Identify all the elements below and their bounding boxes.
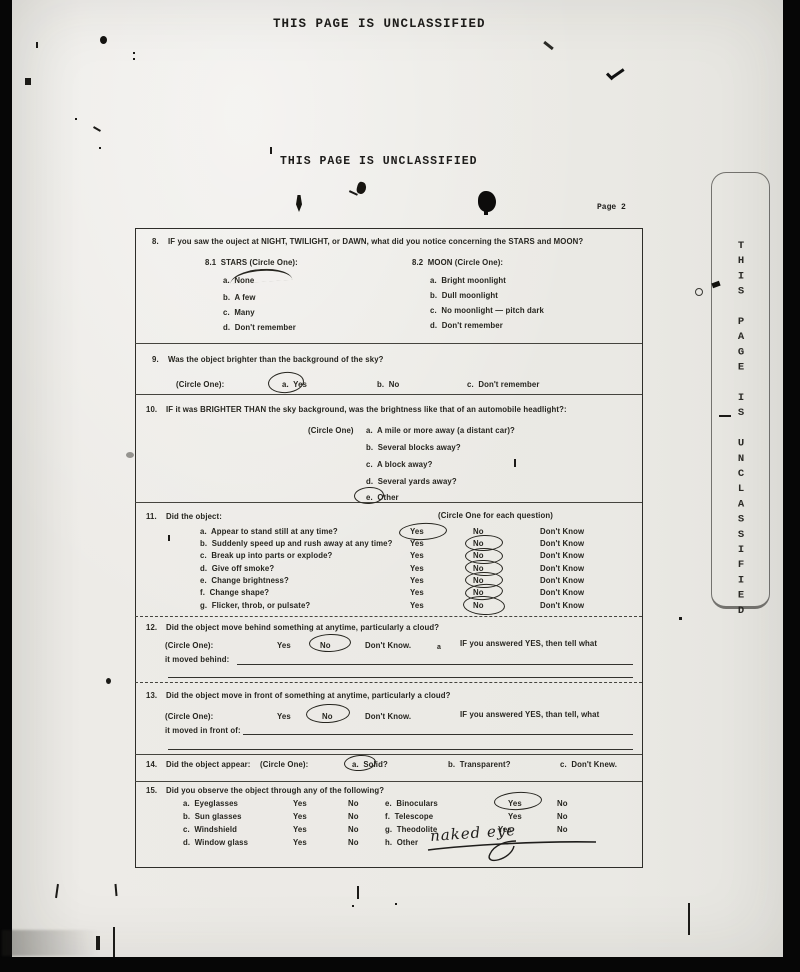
q14-text: Did the object appear: <box>166 760 251 769</box>
q11-text: Did the object: <box>166 512 222 521</box>
noise-speck <box>126 452 134 458</box>
q13-followup-left: it moved in front of: <box>165 726 241 735</box>
noise-speck <box>133 58 135 60</box>
q14-option-c: c. Don't Knew. <box>560 760 617 769</box>
q9-option-c: c. Don't remember <box>467 380 539 389</box>
q11-row-f-label: f. Change shape? <box>200 588 269 597</box>
q13-text: Did the object move in front of somethin… <box>166 691 451 700</box>
q13-option-dk: Don't Know. <box>365 712 411 721</box>
q15-left-b-no: No <box>348 812 359 821</box>
section-divider <box>135 616 642 617</box>
q10-option-b: b. Several blocks away? <box>366 443 461 452</box>
noise-speck <box>352 905 354 907</box>
q9-number: 9. <box>152 355 159 364</box>
scan-edge-right <box>783 0 800 972</box>
q13-circle-label: (Circle One): <box>165 712 213 721</box>
q12-text: Did the object move behind something at … <box>166 623 439 632</box>
q11-row-b-label: b. Suddenly speed up and rush away at an… <box>200 539 393 548</box>
noise-speck <box>719 415 731 417</box>
q11-row-f-dk: Don't Know <box>540 588 584 597</box>
q15-right-e-label: e. Binoculars <box>385 799 438 808</box>
noise-speck <box>113 927 115 957</box>
noise-speck <box>679 617 682 620</box>
noise-speck <box>106 678 111 684</box>
q11-row-c-label: c. Break up into parts or explode? <box>200 551 332 560</box>
q12-followup-right: IF you answered YES, then tell what <box>460 639 597 648</box>
q14-number: 14. <box>146 760 157 769</box>
q10-number: 10. <box>146 405 157 414</box>
q15-left-a-label: a. Eyeglasses <box>183 799 238 808</box>
noise-speck <box>36 42 38 48</box>
q11-row-b-dk: Don't Know <box>540 539 584 548</box>
noise-speck <box>695 288 703 296</box>
q8-number: 8. <box>152 237 159 246</box>
scanned-questionnaire-page: THIS PAGE IS UNCLASSIFIED THIS PAGE IS U… <box>0 0 800 972</box>
q8-moon-option-c: c. No moonlight — pitch dark <box>430 306 544 315</box>
q15-left-d-yes: Yes <box>293 838 307 847</box>
q10-text: IF it was BRIGHTER THAN the sky backgrou… <box>166 405 567 414</box>
q9-option-b: b. No <box>377 380 399 389</box>
q13-option-yes: Yes <box>277 712 291 721</box>
q11-row-e-dk: Don't Know <box>540 576 584 585</box>
q14-option-b: b. Transparent? <box>448 760 511 769</box>
q15-left-a-yes: Yes <box>293 799 307 808</box>
page-number: Page 2 <box>597 203 626 212</box>
questionnaire-box <box>135 228 643 868</box>
q12-option-yes: Yes <box>277 641 291 650</box>
noise-speck <box>357 886 359 899</box>
classification-banner-top: THIS PAGE IS UNCLASSIFIED <box>273 17 486 31</box>
q15-left-b-yes: Yes <box>293 812 307 821</box>
q15-left-d-no: No <box>348 838 359 847</box>
q10-option-d: d. Several yards away? <box>366 477 457 486</box>
answer-blank-line <box>243 734 633 735</box>
scan-edge-left <box>0 0 12 972</box>
classification-banner-mid: THIS PAGE IS UNCLASSIFIED <box>280 155 478 168</box>
q11-row-d-label: d. Give off smoke? <box>200 564 274 573</box>
answer-blank-line <box>168 749 633 750</box>
q12-stray-mark: a <box>437 644 441 651</box>
noise-speck <box>75 118 77 120</box>
q8-moon-option-a: a. Bright moonlight <box>430 276 506 285</box>
q15-number: 15. <box>146 786 157 795</box>
side-tab-classification-text: THIS PAGE IS UNCLASSIFIED <box>735 240 747 620</box>
q13-followup-right: IF you answered YES, than tell, what <box>460 710 599 719</box>
q15-left-c-yes: Yes <box>293 825 307 834</box>
q8-stars-option-b: b. A few <box>223 293 256 302</box>
q11-row-g-dk: Don't Know <box>540 601 584 610</box>
q15-right-e-no: No <box>557 799 568 808</box>
q11-row-a-label: a. Appear to stand still at any time? <box>200 527 338 536</box>
scan-edge-bottom <box>0 957 800 972</box>
q10-option-a: a. A mile or more away (a distant car)? <box>366 426 515 435</box>
q11-number: 11. <box>146 512 157 521</box>
q15-text: Did you observe the object through any o… <box>166 786 384 795</box>
q11-row-e-yes: Yes <box>410 576 424 585</box>
q15-left-b-label: b. Sun glasses <box>183 812 242 821</box>
noise-speck <box>395 903 397 905</box>
answer-blank-line <box>237 664 633 665</box>
q8-moon-option-b: b. Dull moonlight <box>430 291 498 300</box>
q11-row-c-yes: Yes <box>410 551 424 560</box>
q8-stars-label: 8.1 STARS (Circle One): <box>205 258 298 267</box>
section-divider <box>135 343 642 344</box>
q8-stars-option-d: d. Don't remember <box>223 323 296 332</box>
q11-row-f-yes: Yes <box>410 588 424 597</box>
q14-circle-label: (Circle One): <box>260 760 308 769</box>
q15-left-c-no: No <box>348 825 359 834</box>
q8-stars-option-c: c. Many <box>223 308 255 317</box>
ink-blob <box>484 210 488 215</box>
answer-blank-line <box>168 677 633 678</box>
q15-other-label: h. Other <box>385 838 418 847</box>
q11-row-a-dk: Don't Know <box>540 527 584 536</box>
handwriting-underline-stroke <box>418 814 608 866</box>
section-divider <box>135 781 642 782</box>
q11-row-c-dk: Don't Know <box>540 551 584 560</box>
q12-circle-label: (Circle One): <box>165 641 213 650</box>
q11-row-d-dk: Don't Know <box>540 564 584 573</box>
q11-row-e-label: e. Change brightness? <box>200 576 289 585</box>
noise-speck <box>270 147 272 154</box>
noise-speck <box>99 147 101 149</box>
section-divider <box>135 394 642 395</box>
q8-moon-label: 8.2 MOON (Circle One): <box>412 258 503 267</box>
q12-followup-left: it moved behind: <box>165 655 229 664</box>
q11-row-g-yes: Yes <box>410 601 424 610</box>
q8-text: IF you saw the ouject at NIGHT, TWILIGHT… <box>168 237 583 246</box>
section-divider <box>135 502 642 503</box>
q12-number: 12. <box>146 623 157 632</box>
noise-speck <box>25 78 31 85</box>
noise-speck <box>133 52 135 54</box>
noise-speck <box>168 535 170 541</box>
noise-speck <box>100 36 107 44</box>
q15-left-a-no: No <box>348 799 359 808</box>
q10-option-c: c. A block away? <box>366 460 432 469</box>
noise-speck <box>688 903 690 935</box>
q15-left-c-label: c. Windshield <box>183 825 237 834</box>
q11-row-g-label: g. Flicker, throb, or pulsate? <box>200 601 310 610</box>
section-divider <box>135 754 642 755</box>
q8-moon-option-d: d. Don't remember <box>430 321 503 330</box>
ink-blob <box>478 191 496 212</box>
q13-number: 13. <box>146 691 157 700</box>
q11-row-b-yes: Yes <box>410 539 424 548</box>
q11-row-d-yes: Yes <box>410 564 424 573</box>
q11-instruction: (Circle One for each question) <box>438 511 553 520</box>
q10-circle-label: (Circle One) <box>308 426 354 435</box>
q12-option-dk: Don't Know. <box>365 641 411 650</box>
section-divider <box>135 682 642 683</box>
stray-tick <box>514 459 516 467</box>
q9-text: Was the object brighter than the backgro… <box>168 355 384 364</box>
q9-circle-label: (Circle One): <box>176 380 224 389</box>
noise-speck <box>96 936 100 950</box>
q15-left-d-label: d. Window glass <box>183 838 248 847</box>
